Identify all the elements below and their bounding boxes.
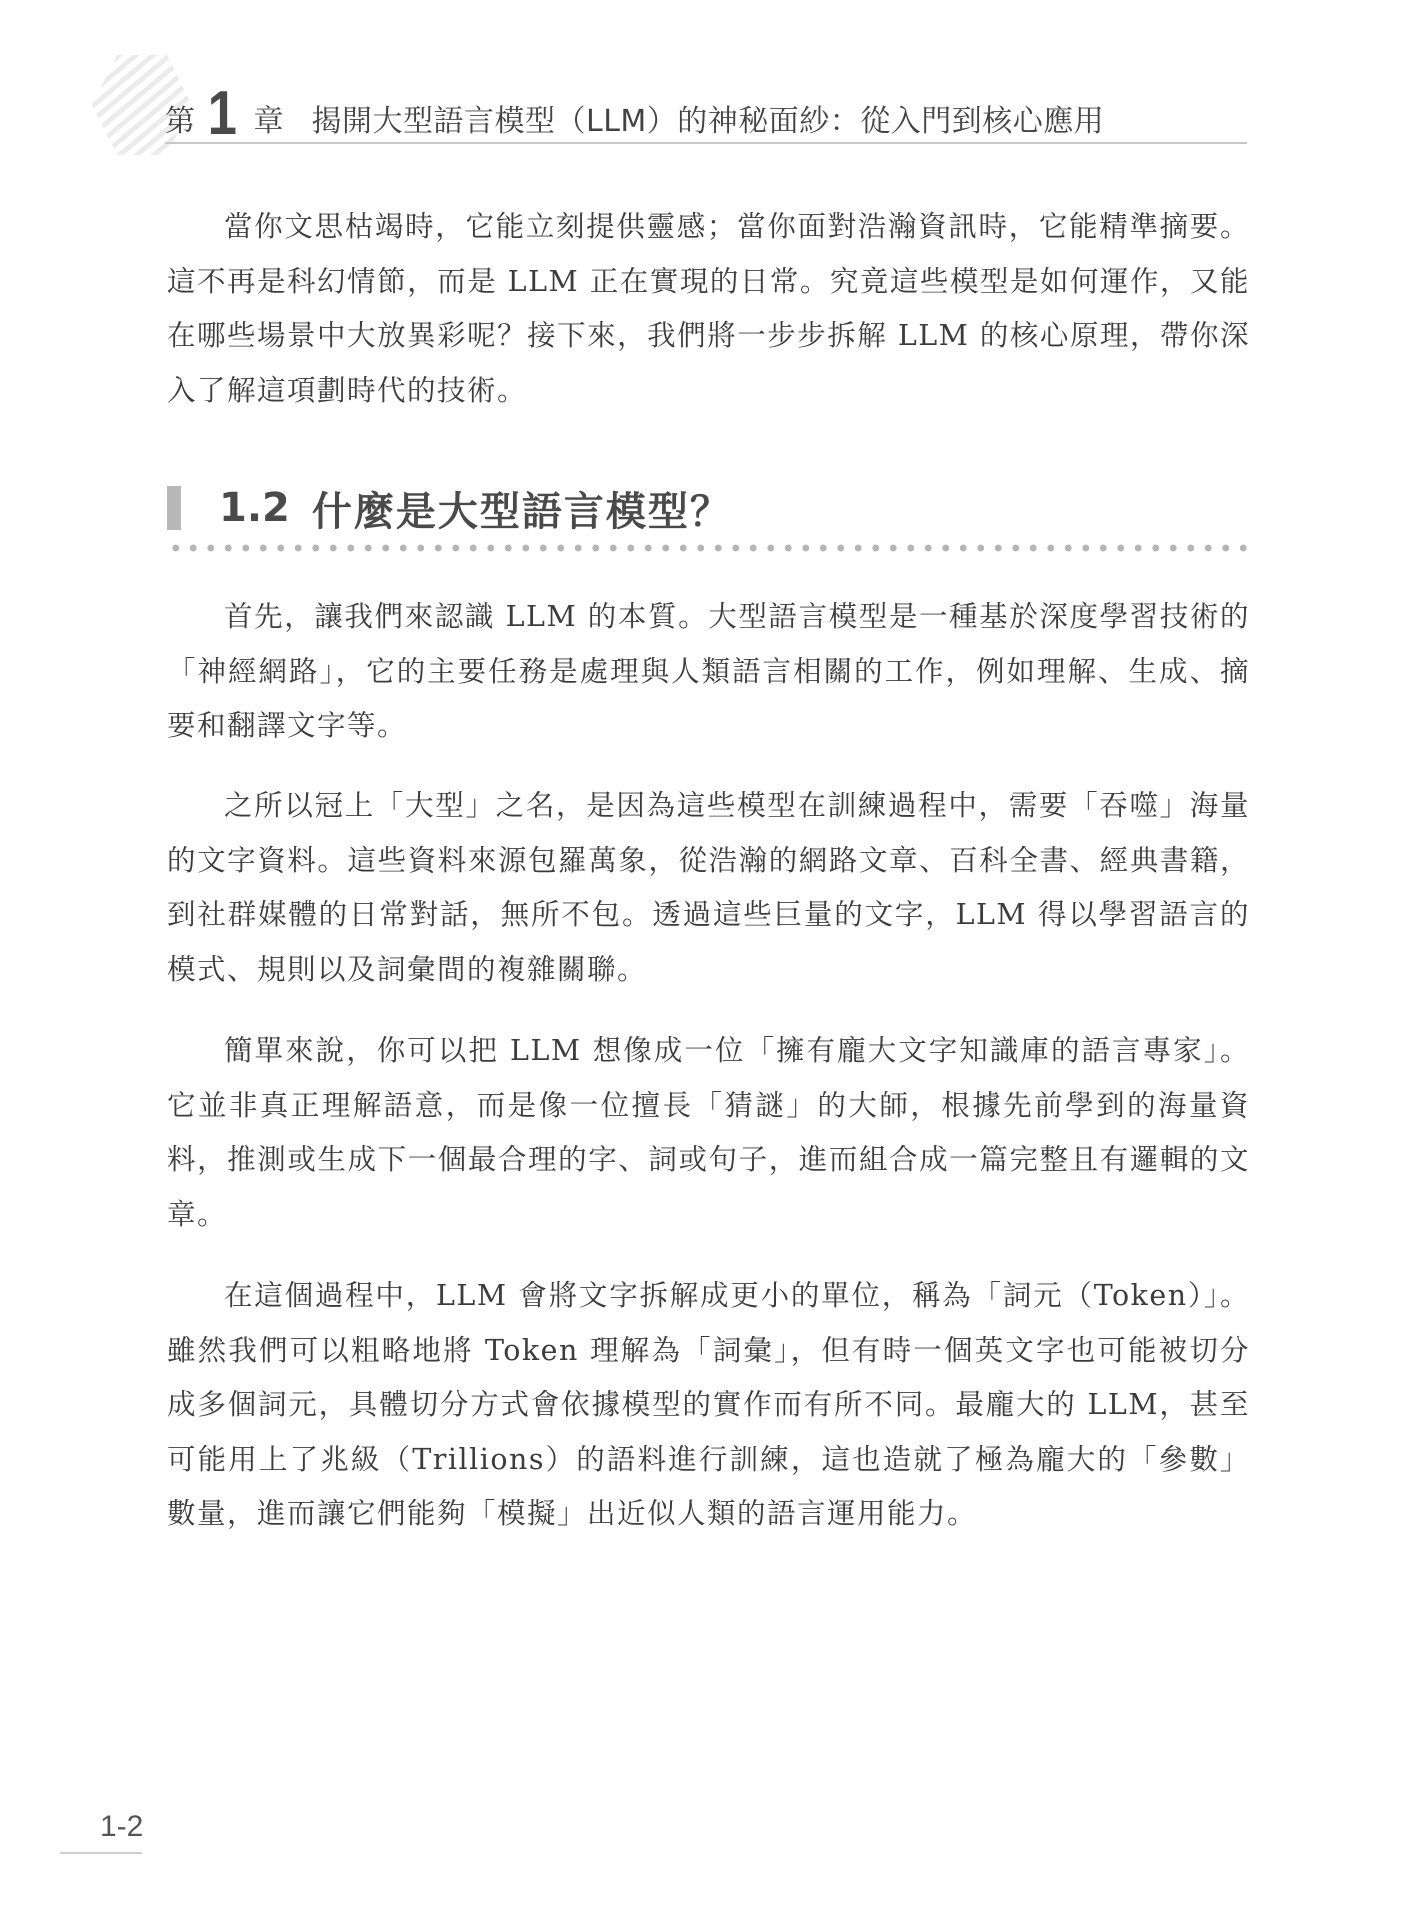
page-number: 1-2 [100, 1810, 143, 1844]
section-body: 在這個過程中，LLM 會將文字拆解成更小的單位，稱為「詞元（Token）」。雖然… [167, 1269, 1250, 1542]
section-dotted-rule [167, 544, 1252, 552]
section-title: 什麼是大型語言模型？ [312, 480, 732, 537]
paragraph: 簡單來說，你可以把 LLM 想像成一位「擁有龐大文字知識庫的語言專家」。它並非真… [167, 1024, 1250, 1242]
paragraph: 在這個過程中，LLM 會將文字拆解成更小的單位，稱為「詞元（Token）」。雖然… [167, 1269, 1250, 1542]
paragraph: 之所以冠上「大型」之名，是因為這些模型在訓練過程中，需要「吞噬」海量的文字資料。… [167, 779, 1250, 997]
section-heading: 1.2 什麼是大型語言模型？ [167, 478, 732, 538]
section-bar [167, 486, 181, 530]
section-body: 之所以冠上「大型」之名，是因為這些模型在訓練過程中，需要「吞噬」海量的文字資料。… [167, 779, 1250, 997]
intro-paragraph: 當你文思枯竭時，它能立刻提供靈感；當你面對浩瀚資訊時，它能精準摘要。這不再是科幻… [167, 200, 1250, 418]
chapter-title: 揭開大型語言模型（LLM）的神秘面紗：從入門到核心應用 [311, 102, 1104, 142]
section-number: 1.2 [219, 485, 290, 531]
footer-rule [60, 1852, 142, 1854]
chapter-prefix: 第 [165, 102, 195, 142]
paragraph: 首先，讓我們來認識 LLM 的本質。大型語言模型是一種基於深度學習技術的「神經網… [167, 590, 1250, 754]
section-body: 簡單來說，你可以把 LLM 想像成一位「擁有龐大文字知識庫的語言專家」。它並非真… [167, 1024, 1250, 1242]
header-rule [165, 142, 1247, 144]
running-head: 第 1 章 揭開大型語言模型（LLM）的神秘面紗：從入門到核心應用 [165, 82, 1104, 142]
chapter-number: 1 [208, 86, 237, 142]
chapter-suffix: 章 [253, 102, 283, 142]
section-body: 首先，讓我們來認識 LLM 的本質。大型語言模型是一種基於深度學習技術的「神經網… [167, 590, 1250, 754]
intro-text: 當你文思枯竭時，它能立刻提供靈感；當你面對浩瀚資訊時，它能精準摘要。這不再是科幻… [167, 200, 1250, 418]
